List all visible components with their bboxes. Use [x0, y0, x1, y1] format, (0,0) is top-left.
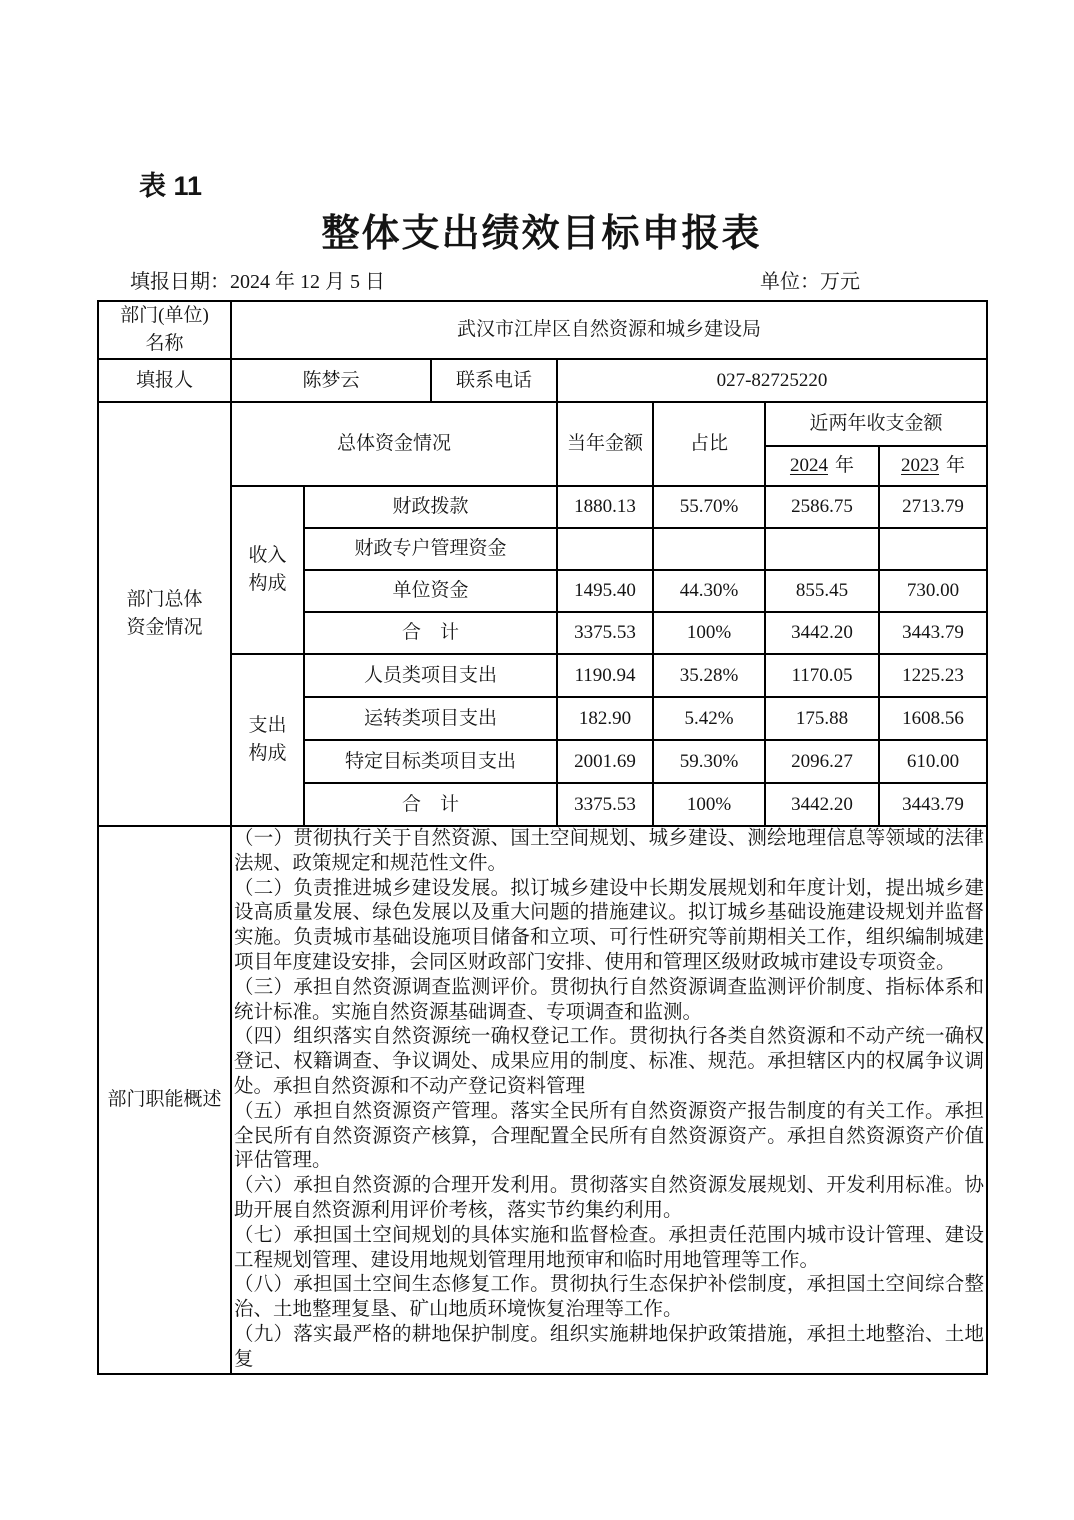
dept-name-label-line1: 部门(单位)	[120, 305, 209, 326]
header-year-2024: 2024年	[765, 446, 879, 486]
expense-group-label: 支出 构成	[231, 654, 304, 826]
header-current-amount: 当年金额	[557, 402, 653, 486]
year-2023-number: 2023	[901, 455, 939, 476]
income-item-name: 单位资金	[304, 570, 557, 612]
table-row: 部门总体 资金情况 总体资金情况 当年金额 占比 近两年收支金额	[98, 402, 987, 446]
income-ratio: 55.70%	[653, 486, 765, 528]
income-group-label-line1: 收入	[248, 545, 286, 566]
fund-section-label-line1: 部门总体	[126, 589, 202, 610]
phone-label: 联系电话	[431, 359, 557, 402]
expense-2023-amount: 610.00	[879, 740, 987, 783]
expense-total-2023: 3443.79	[879, 783, 987, 826]
year-suffix: 年	[946, 455, 965, 476]
income-item-name: 财政拨款	[304, 486, 557, 528]
header-overall-funds: 总体资金情况	[231, 402, 557, 486]
form-sheet: 表 11 整体支出绩效目标申报表 填报日期：2024 年 12 月 5 日 单位…	[97, 170, 986, 1375]
income-total-label: 合 计	[304, 612, 557, 654]
function-paragraph: （八）承担国土空间生态修复工作。贯彻执行生态保护补偿制度，承担国土空间综合整治、…	[234, 1273, 984, 1323]
income-2024-amount	[765, 528, 879, 570]
income-2024-amount: 2586.75	[765, 486, 879, 528]
expense-item-name: 人员类项目支出	[304, 654, 557, 697]
income-ratio: 44.30%	[653, 570, 765, 612]
table-row: 支出 构成 人员类项目支出 1190.94 35.28% 1170.05 122…	[98, 654, 987, 697]
income-ratio	[653, 528, 765, 570]
expense-current-amount: 182.90	[557, 697, 653, 740]
dept-name-value: 武汉市江岸区自然资源和城乡建设局	[231, 301, 987, 359]
meta-row: 填报日期：2024 年 12 月 5 日 单位：万元	[97, 270, 986, 294]
declaration-table: 部门(单位) 名称 武汉市江岸区自然资源和城乡建设局 填报人 陈梦云 联系电话 …	[97, 300, 988, 1375]
income-total-ratio: 100%	[653, 612, 765, 654]
dept-name-label-line2: 名称	[145, 333, 183, 354]
function-paragraph: （六）承担自然资源的合理开发利用。贯彻落实自然资源发展规划、开发利用标准。协助开…	[234, 1174, 984, 1224]
expense-total-2024: 3442.20	[765, 783, 879, 826]
income-current-amount	[557, 528, 653, 570]
table-row: 部门职能概述 （一）贯彻执行关于自然资源、国土空间规划、城乡建设、测绘地理信息等…	[98, 826, 987, 1374]
function-paragraph: （四）组织落实自然资源统一确权登记工作。贯彻执行各类自然资源和不动产统一确权登记…	[234, 1025, 984, 1099]
expense-2024-amount: 175.88	[765, 697, 879, 740]
income-item-name: 财政专户管理资金	[304, 528, 557, 570]
unit-note: 单位：万元	[760, 270, 986, 294]
function-paragraph: （九）落实最严格的耕地保护制度。组织实施耕地保护政策措施，承担土地整治、土地复	[234, 1323, 984, 1373]
expense-2023-amount: 1608.56	[879, 697, 987, 740]
expense-group-label-line1: 支出	[248, 715, 286, 736]
income-2023-amount: 2713.79	[879, 486, 987, 528]
year-2024-number: 2024	[790, 455, 828, 476]
fund-section-label-line2: 资金情况	[126, 617, 202, 638]
expense-item-name: 运转类项目支出	[304, 697, 557, 740]
income-2023-amount: 730.00	[879, 570, 987, 612]
income-2024-amount: 855.45	[765, 570, 879, 612]
income-total-2024: 3442.20	[765, 612, 879, 654]
header-ratio: 占比	[653, 402, 765, 486]
income-group-label: 收入 构成	[231, 486, 304, 654]
expense-total-ratio: 100%	[653, 783, 765, 826]
table-row: 填报人 陈梦云 联系电话 027-82725220	[98, 359, 987, 402]
expense-ratio: 35.28%	[653, 654, 765, 697]
header-year-2023: 2023年	[879, 446, 987, 486]
expense-total-label: 合 计	[304, 783, 557, 826]
expense-ratio: 59.30%	[653, 740, 765, 783]
phone-value: 027-82725220	[557, 359, 987, 402]
filler-name-value: 陈梦云	[231, 359, 431, 402]
year-suffix: 年	[835, 455, 854, 476]
functions-text: （一）贯彻执行关于自然资源、国土空间规划、城乡建设、测绘地理信息等领域的法律法规…	[231, 826, 987, 1374]
income-2023-amount	[879, 528, 987, 570]
fund-section-label: 部门总体 资金情况	[98, 402, 231, 826]
income-current-amount: 1880.13	[557, 486, 653, 528]
table-row: 收入 构成 财政拨款 1880.13 55.70% 2586.75 2713.7…	[98, 486, 987, 528]
expense-2024-amount: 2096.27	[765, 740, 879, 783]
function-paragraph: （二）负责推进城乡建设发展。拟订城乡建设中长期发展规划和年度计划，提出城乡建设高…	[234, 877, 984, 976]
header-recent-two-years: 近两年收支金额	[765, 402, 987, 446]
document-page: 表 11 整体支出绩效目标申报表 填报日期：2024 年 12 月 5 日 单位…	[0, 0, 1074, 1520]
expense-2023-amount: 1225.23	[879, 654, 987, 697]
income-total-2023: 3443.79	[879, 612, 987, 654]
expense-current-amount: 1190.94	[557, 654, 653, 697]
function-paragraph: （三）承担自然资源调查监测评价。贯彻执行自然资源调查监测评价制度、指标体系和统计…	[234, 976, 984, 1026]
expense-current-amount: 2001.69	[557, 740, 653, 783]
function-paragraph: （一）贯彻执行关于自然资源、国土空间规划、城乡建设、测绘地理信息等领域的法律法规…	[234, 827, 984, 877]
page-title: 整体支出绩效目标申报表	[97, 212, 986, 256]
income-current-amount: 1495.40	[557, 570, 653, 612]
filler-label: 填报人	[98, 359, 231, 402]
function-paragraph: （五）承担自然资源资产管理。落实全民所有自然资源资产报告制度的有关工作。承担全民…	[234, 1100, 984, 1174]
table-row: 部门(单位) 名称 武汉市江岸区自然资源和城乡建设局	[98, 301, 987, 359]
expense-total-current: 3375.53	[557, 783, 653, 826]
sheet-number-label: 表 11	[139, 170, 986, 202]
expense-item-name: 特定目标类项目支出	[304, 740, 557, 783]
fill-date: 填报日期：2024 年 12 月 5 日	[97, 270, 385, 294]
dept-name-label: 部门(单位) 名称	[98, 301, 231, 359]
income-group-label-line2: 构成	[248, 573, 286, 594]
income-total-current: 3375.53	[557, 612, 653, 654]
expense-ratio: 5.42%	[653, 697, 765, 740]
expense-group-label-line2: 构成	[248, 743, 286, 764]
expense-2024-amount: 1170.05	[765, 654, 879, 697]
function-paragraph: （七）承担国土空间规划的具体实施和监督检查。承担责任范围内城市设计管理、建设工程…	[234, 1224, 984, 1274]
functions-label: 部门职能概述	[98, 826, 231, 1374]
